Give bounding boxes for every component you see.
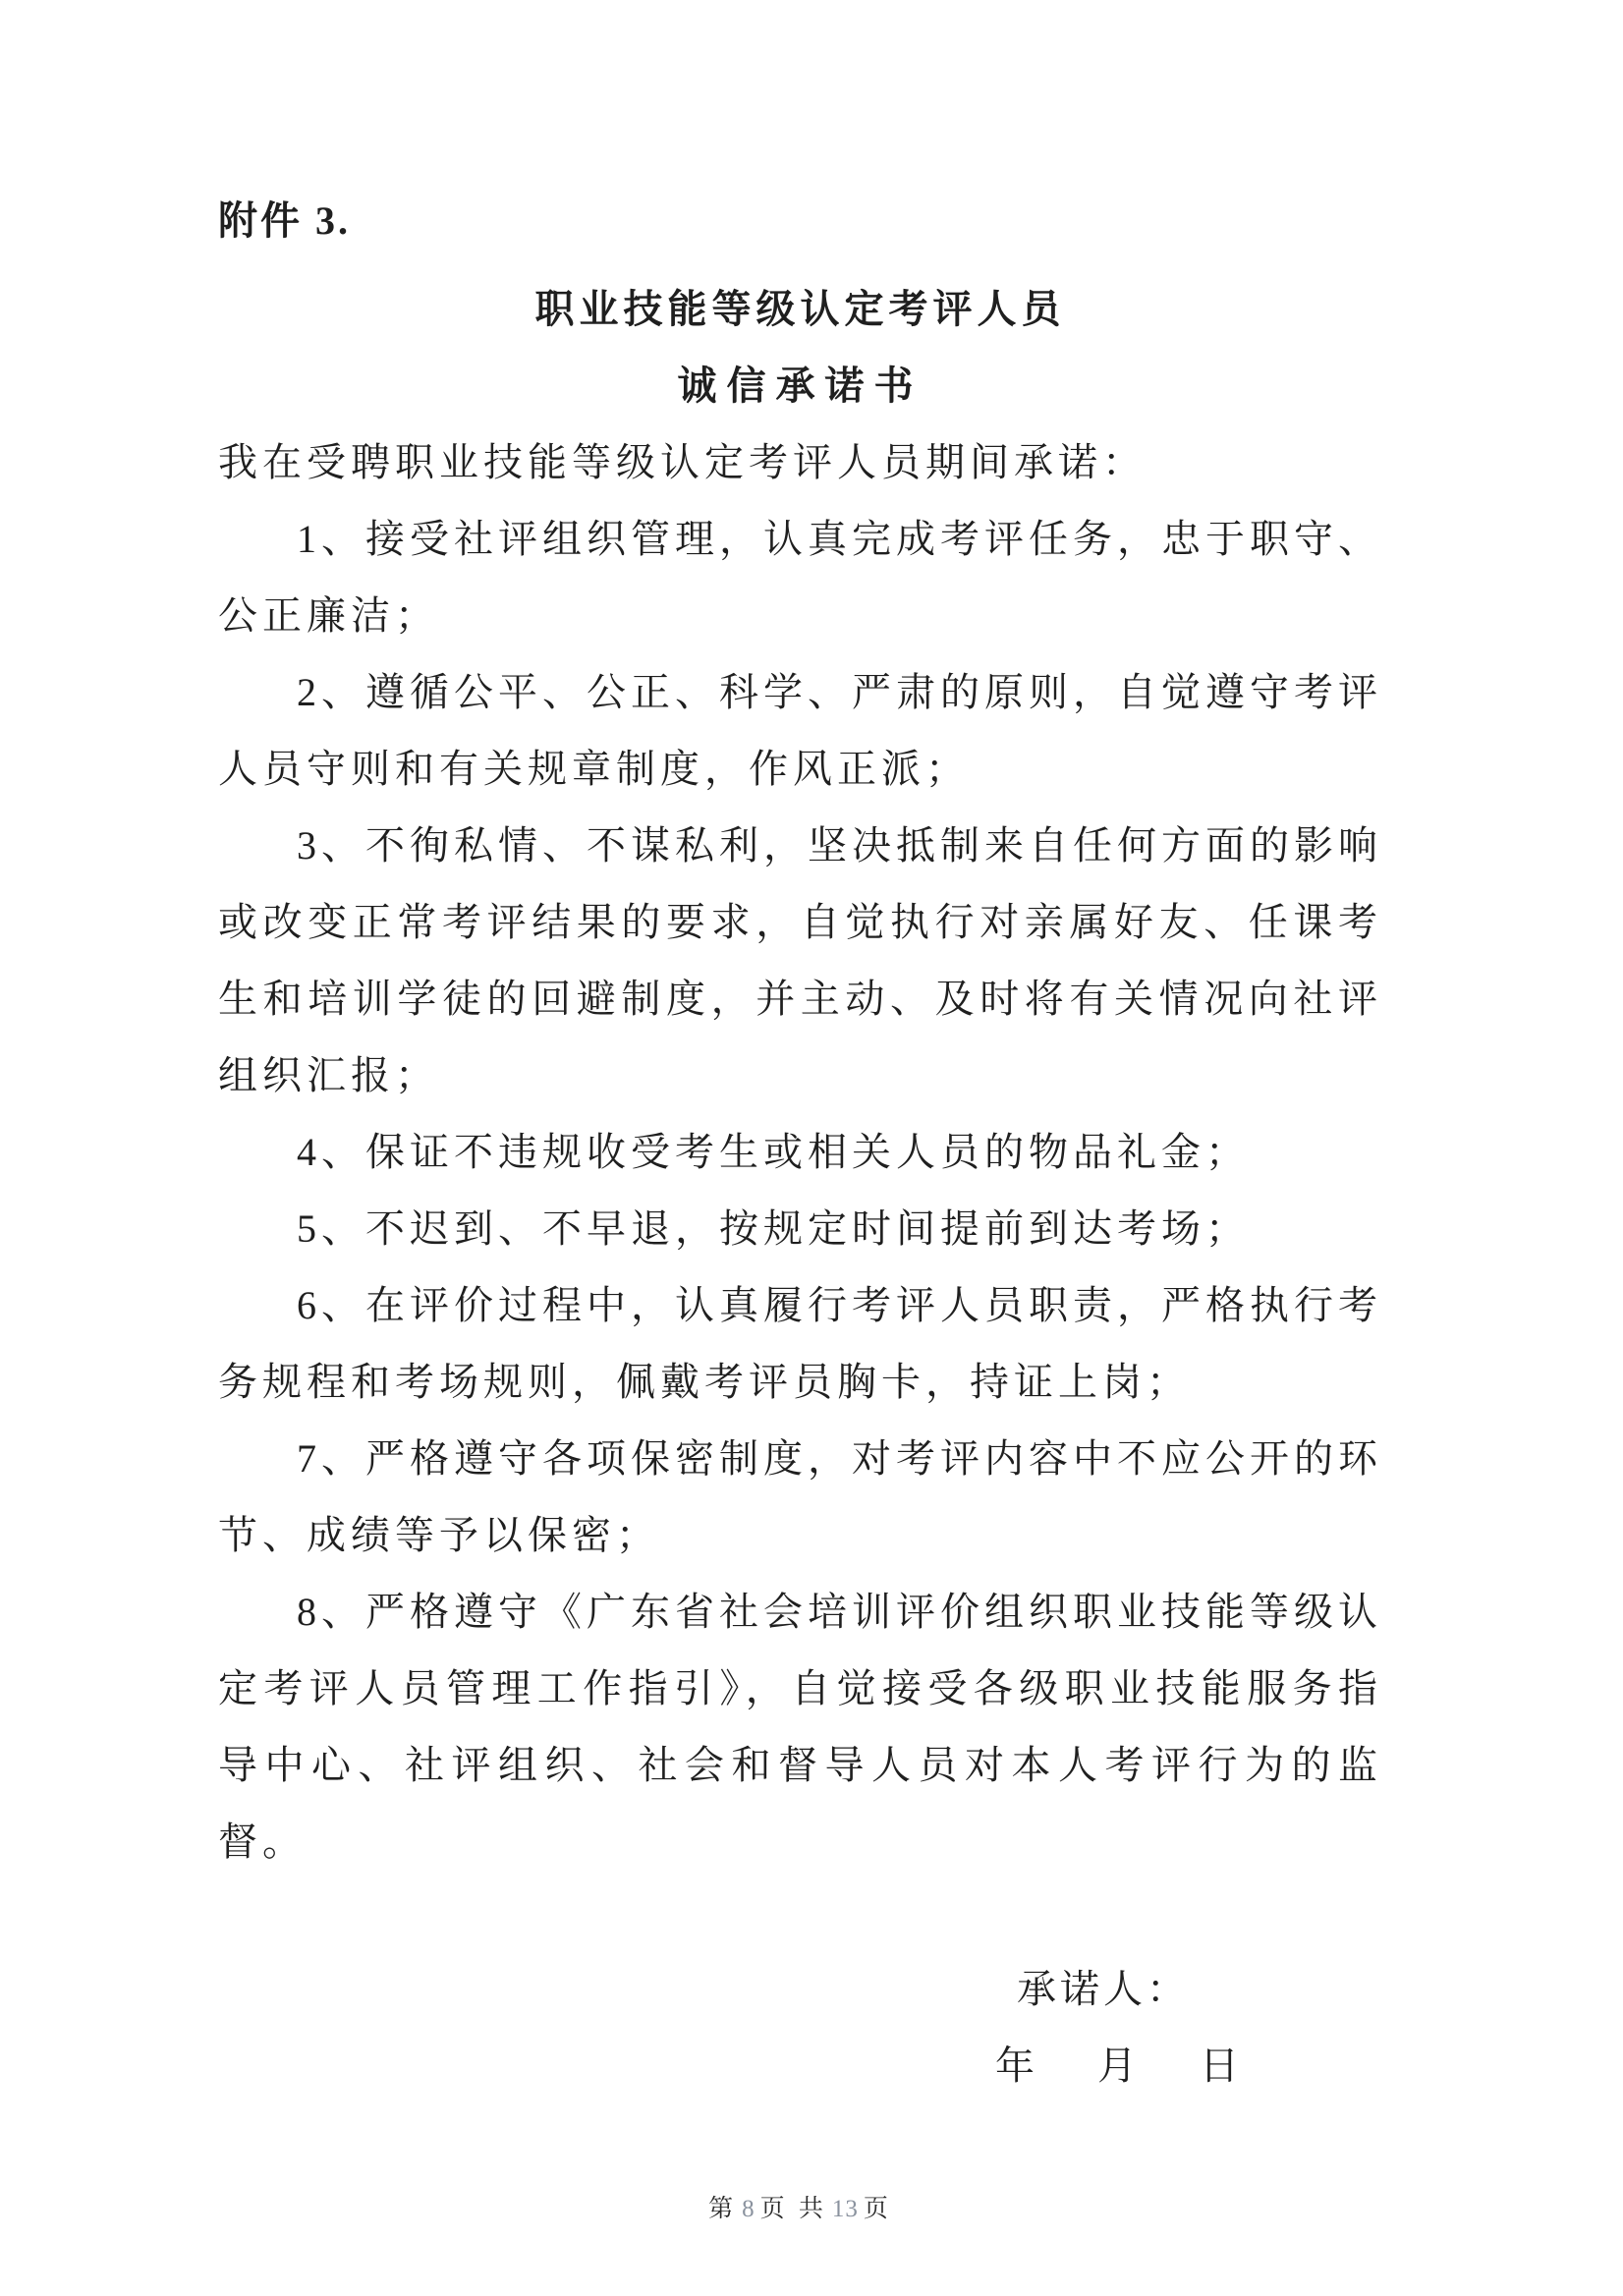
signer-label: 承诺人： bbox=[1017, 1951, 1382, 2028]
footer-page-number: 8 bbox=[742, 2196, 756, 2222]
footer-prefix: 第 bbox=[708, 2196, 737, 2222]
commitment-item-8: 8、严格遵守《广东省社会培训评价组织职业技能等级认定考评人员管理工作指引》，自觉… bbox=[218, 1574, 1382, 1880]
document-page: 附件 3. 职业技能等级认定考评人员 诚信承诺书 我在受聘职业技能等级认定考评人… bbox=[0, 0, 1623, 2296]
document-subtitle: 诚信承诺书 bbox=[218, 348, 1382, 424]
page-footer: 第8页 共13页 bbox=[218, 2195, 1382, 2224]
commitment-item-6: 6、在评价过程中，认真履行考评人员职责，严格执行考务规程和考场规则，佩戴考评员胸… bbox=[218, 1267, 1382, 1421]
commitment-item-2: 2、遵循公平、公正、科学、严肃的原则，自觉遵守考评人员守则和有关规章制度，作风正… bbox=[218, 654, 1382, 808]
commitment-item-5: 5、不迟到、不早退，按规定时间提前到达考场； bbox=[218, 1191, 1382, 1267]
footer-suffix: 页 bbox=[864, 2196, 892, 2222]
document-title: 职业技能等级认定考评人员 bbox=[218, 271, 1382, 348]
signature-block: 承诺人： 年 月 日 bbox=[218, 1951, 1382, 2104]
commitment-item-7: 7、严格遵守各项保密制度，对考评内容中不应公开的环节、成绩等予以保密； bbox=[218, 1421, 1382, 1574]
commitment-item-3: 3、不徇私情、不谋私利，坚决抵制来自任何方面的影响或改变正常考评结果的要求，自觉… bbox=[218, 808, 1382, 1114]
intro-paragraph: 我在受聘职业技能等级认定考评人员期间承诺： bbox=[218, 424, 1382, 501]
commitment-item-1: 1、接受社评组织管理，认真完成考评任务，忠于职守、公正廉洁； bbox=[218, 501, 1382, 654]
footer-total-pages: 13 bbox=[832, 2196, 859, 2222]
footer-middle: 页 共 bbox=[760, 2196, 827, 2222]
commitment-item-4: 4、保证不违规收受考生或相关人员的物品礼金； bbox=[218, 1114, 1382, 1191]
attachment-label: 附件 3. bbox=[218, 183, 1382, 259]
date-line: 年 月 日 bbox=[995, 2028, 1382, 2104]
